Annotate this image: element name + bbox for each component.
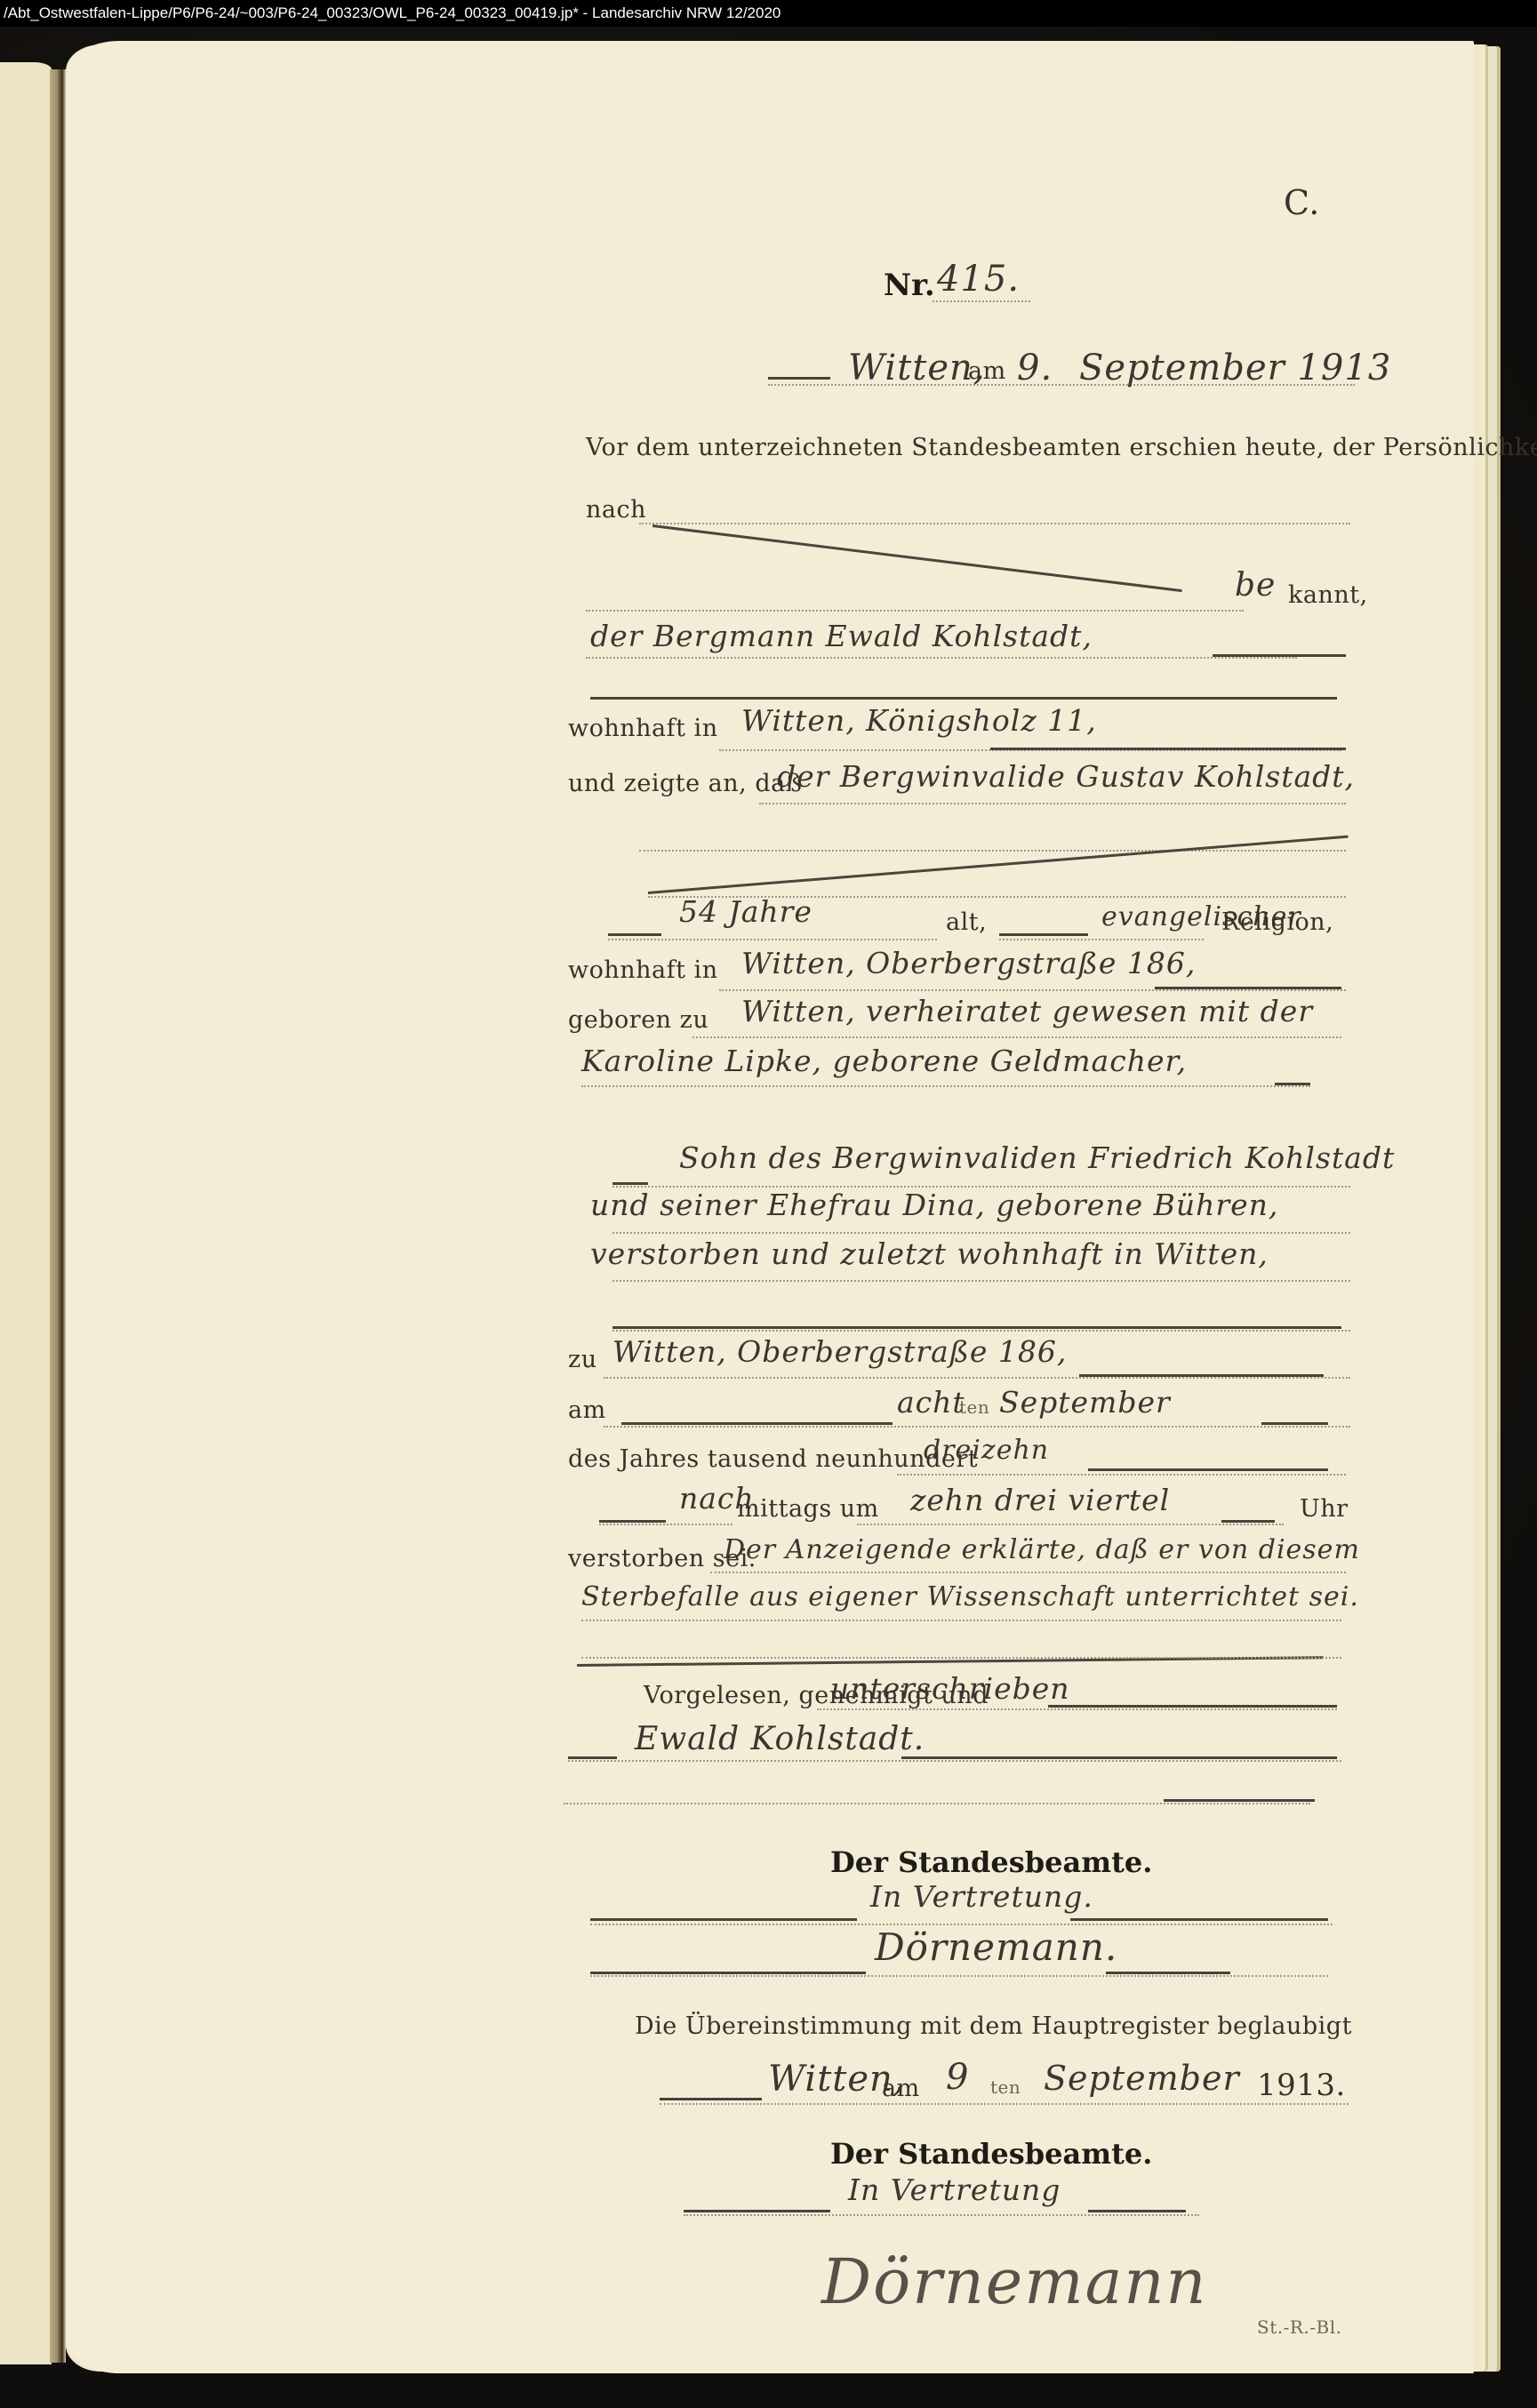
fill-line <box>612 1182 648 1185</box>
fill-line <box>590 697 1337 700</box>
fill-line <box>660 2098 762 2100</box>
day-text: 9. <box>1017 348 1053 388</box>
cert-month: September <box>1044 2059 1240 2098</box>
spouse-text: Karoline Lipke, geborene Geldmacher, <box>581 1044 1187 1078</box>
read-hand: unterschrieben <box>830 1671 1070 1706</box>
document-page: C. Nr. 415. Witten, am 9. September 1913… <box>66 41 1474 2373</box>
fill-line <box>621 1422 893 1425</box>
uhr-label: Uhr <box>1300 1495 1349 1523</box>
remark-line-1: Der Anzeigende erklärte, daß er von dies… <box>724 1534 1360 1565</box>
mittags-label: mittags um <box>737 1495 879 1523</box>
registrar-signature-2: Dörnemann <box>821 2245 1208 2318</box>
year-text: dreizehn <box>924 1435 1049 1466</box>
bekannt-hand: be <box>1235 567 1276 604</box>
parents-line <box>612 1280 1350 1282</box>
strike-line <box>648 836 1349 894</box>
number-label: Nr. <box>884 268 935 303</box>
deceased-line <box>759 803 1346 804</box>
registrar-heading: Der Standesbeamte. <box>830 1845 1152 1879</box>
deceased-text: der Bergwinvalide Gustav Kohlstadt, <box>777 759 1355 794</box>
parents-line-3: verstorben und zuletzt wohnhaft in Witte… <box>590 1236 1269 1271</box>
fill-line <box>901 1756 1337 1759</box>
left-page-edge <box>0 62 52 2364</box>
fill-line <box>599 1520 666 1523</box>
am-label: am <box>968 357 1006 385</box>
born-text: Witten, verheiratet gewesen mit der <box>741 994 1313 1028</box>
window-title-bar: /Abt_Ostwestfalen-Lippe/P6/P6-24/~003/P6… <box>0 0 1537 27</box>
alt-label: alt, <box>946 908 987 936</box>
number-value: 415. <box>937 259 1020 300</box>
fill-line <box>590 1918 857 1921</box>
deceased-residence-label: wohnhaft in <box>568 956 718 984</box>
blank-line <box>612 1330 1350 1332</box>
cert-am-label: am <box>882 2075 920 2102</box>
parents-line <box>612 1232 1350 1234</box>
year-label: des Jahres tausend neunhundert <box>568 1445 978 1473</box>
ten-label: ten <box>959 1396 989 1418</box>
registrar-heading-2: Der Standesbeamte. <box>830 2137 1152 2171</box>
read-line <box>817 1708 1337 1710</box>
death-month: September <box>999 1385 1171 1420</box>
death-day: acht <box>897 1385 965 1420</box>
fill-line <box>1088 1468 1328 1471</box>
blank-line <box>581 1657 1341 1659</box>
strike-line <box>652 524 1182 592</box>
form-code: St.-R.-Bl. <box>1257 2316 1341 2338</box>
zeigte-label: und zeigte an, daß <box>568 770 802 797</box>
religion-label: Religion, <box>1221 908 1333 936</box>
remark-line-2: Sterbefalle aus eigener Wissenschaft unt… <box>581 1581 1359 1612</box>
fill-line <box>1213 654 1346 657</box>
parents-line-2: und seiner Ehefrau Dina, geborene Bühren… <box>590 1188 1278 1222</box>
time-text: zehn drei viertel <box>910 1483 1170 1517</box>
place-text: Witten, <box>848 348 986 388</box>
time-line <box>857 1524 1284 1525</box>
year-line <box>897 1474 1346 1476</box>
registrar-signature: Dörnemann. <box>875 1925 1117 1969</box>
register-letter: C. <box>1284 183 1320 222</box>
informant-text: der Bergmann Ewald Kohlstadt, <box>590 619 1093 653</box>
blank-line <box>564 1803 1310 1804</box>
deceased-residence: Witten, Oberbergstraße 186, <box>741 946 1196 980</box>
fill-line <box>1088 2210 1186 2212</box>
window-title: /Abt_Ostwestfalen-Lippe/P6/P6-24/~003/P6… <box>4 4 781 21</box>
spouse-line <box>581 1085 1310 1087</box>
month-year-text: September 1913 <box>1079 348 1391 388</box>
time-line <box>599 1524 732 1525</box>
intro-line: Vor dem unterzeichneten Standesbeamten e… <box>586 434 1537 461</box>
informant-residence-label: wohnhaft in <box>568 715 718 742</box>
registrar-vertretung: In Vertretung. <box>870 1879 1093 1914</box>
fill-line <box>1155 987 1341 989</box>
fill-line <box>1275 1083 1310 1085</box>
blank-line <box>639 850 1346 852</box>
certification-line: Die Übereinstimmung mit dem Hauptregiste… <box>635 2012 1352 2040</box>
remark-line <box>710 1572 1346 1573</box>
registrar-vertretung-2: In Vertretung <box>848 2172 1061 2207</box>
religion-line <box>999 939 1204 940</box>
fill-line <box>608 933 661 936</box>
fill-line <box>568 1756 617 1759</box>
number-line <box>933 300 1030 302</box>
fill-line <box>999 933 1088 936</box>
nach-line <box>639 523 1350 524</box>
bekannt-label: kannt, <box>1288 581 1368 609</box>
death-place-line <box>604 1377 1350 1379</box>
born-label: geboren zu <box>568 1006 708 1034</box>
fill-line <box>1261 1422 1328 1425</box>
cert-date-line <box>660 2103 1349 2105</box>
informant-line <box>586 657 1297 659</box>
fill-line <box>768 377 830 380</box>
fill-line <box>684 2210 830 2212</box>
born-line <box>692 1036 1341 1038</box>
fill-line <box>1070 1918 1328 1921</box>
death-day-label: am <box>568 1396 606 1424</box>
signature-line <box>590 1975 1328 1977</box>
cert-year: 1913. <box>1257 2068 1346 2103</box>
fill-line <box>612 1326 1341 1329</box>
death-place: Witten, Oberbergstraße 186, <box>612 1334 1067 1369</box>
fill-line <box>1106 1972 1230 1974</box>
informant-signature: Ewald Kohlstadt. <box>635 1721 925 1757</box>
cert-ten: ten <box>990 2076 1021 2098</box>
book-gutter <box>50 69 66 2363</box>
nach-label: nach <box>586 496 646 524</box>
bekannt-line <box>586 610 1244 612</box>
fill-line <box>1079 1374 1324 1377</box>
age-text: 54 Jahre <box>679 894 813 929</box>
fill-line <box>990 748 1346 750</box>
fill-line <box>1221 1520 1275 1523</box>
fill-line <box>590 1972 866 1974</box>
death-day-line <box>604 1426 1350 1428</box>
remark-line <box>581 1620 1341 1621</box>
fill-line <box>1048 1705 1337 1708</box>
parents-line-1: Sohn des Bergwinvaliden Friedrich Kohlst… <box>679 1140 1395 1175</box>
signature-line <box>568 1760 1341 1762</box>
death-place-label: zu <box>568 1346 597 1373</box>
residence-line <box>719 989 1346 991</box>
informant-residence: Witten, Königsholz 11, <box>741 703 1097 738</box>
fill-line <box>1164 1799 1315 1802</box>
age-line <box>608 939 937 940</box>
cert-day: 9 <box>946 2057 969 2098</box>
vertretung-line <box>684 2214 1199 2216</box>
